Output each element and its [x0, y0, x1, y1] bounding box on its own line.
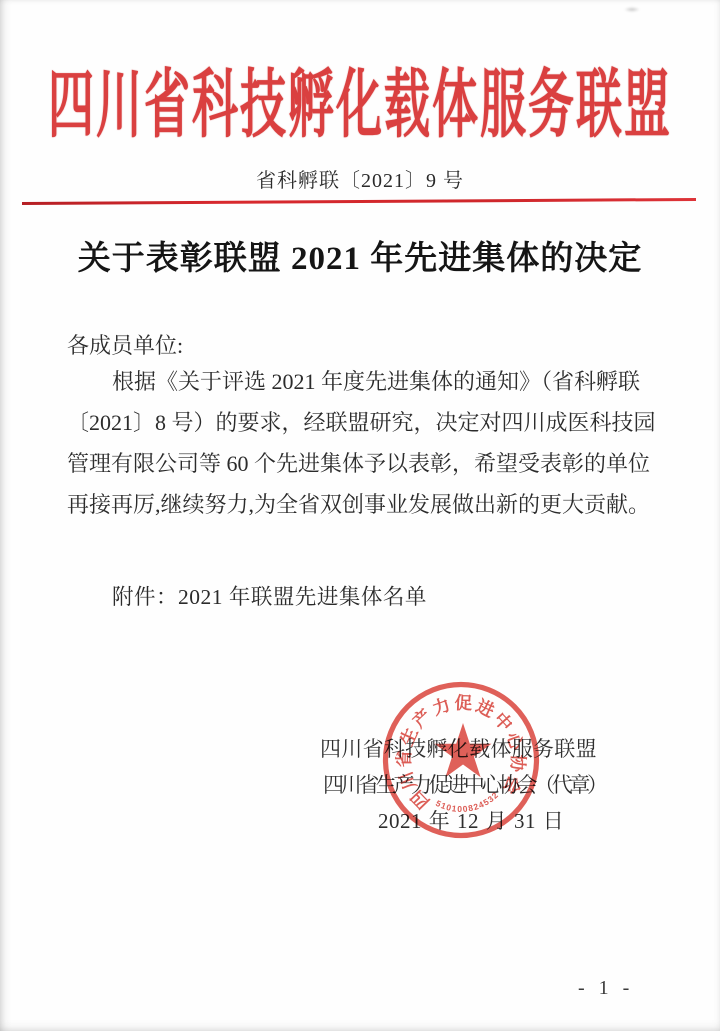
seal-char: 川	[395, 769, 420, 793]
seal-char: 促	[454, 693, 473, 714]
seal-char: 协	[507, 754, 528, 774]
page-number: - 1 -	[578, 977, 631, 1000]
seal-star-icon	[435, 723, 492, 777]
letterhead-org-title: 四川省科技孵化载体服务联盟	[0, 46, 720, 153]
official-seal: 四 川 省 生 产 力 促 进 中 心 协 会 5101008245325	[371, 670, 551, 850]
document-title: 关于表彰联盟 2021 年先进集体的决定	[0, 232, 720, 279]
seal-char: 心	[502, 729, 527, 754]
seal-char: 省	[394, 749, 414, 768]
document-number: 省科孵联〔2021〕9 号	[0, 164, 720, 193]
seal-char: 会	[499, 773, 525, 798]
seal-char: 力	[430, 694, 453, 719]
attachment-line: 附件：2021 年联盟先进集体名单	[112, 580, 427, 611]
salutation-line: 各成员单位:	[67, 329, 183, 360]
body-line-2: 〔2021〕8 号）的要求，经联盟研究，决定对四川成医科技园	[67, 402, 640, 443]
seal-char: 产	[409, 705, 436, 732]
letterhead-rule	[22, 198, 696, 205]
body-line-4: 再接再厉,继续努力,为全省双创事业发展做出新的更大贡献。	[67, 484, 640, 525]
scan-smudge	[624, 7, 640, 12]
body-paragraph: 根据《关于评选 2021 年度先进集体的通知》（省科孵联 〔2021〕8 号）的…	[67, 361, 640, 525]
body-line-3: 管理有限公司等 60 个先进集体予以表彰，希望受表彰的单位	[67, 443, 640, 484]
body-line-1: 根据《关于评选 2021 年度先进集体的通知》（省科孵联	[67, 361, 640, 402]
seal-char: 四	[407, 786, 434, 812]
seal-char: 中	[490, 709, 517, 735]
scanned-document-page: 四川省科技孵化载体服务联盟 省科孵联〔2021〕9 号 关于表彰联盟 2021 …	[0, 0, 720, 1031]
